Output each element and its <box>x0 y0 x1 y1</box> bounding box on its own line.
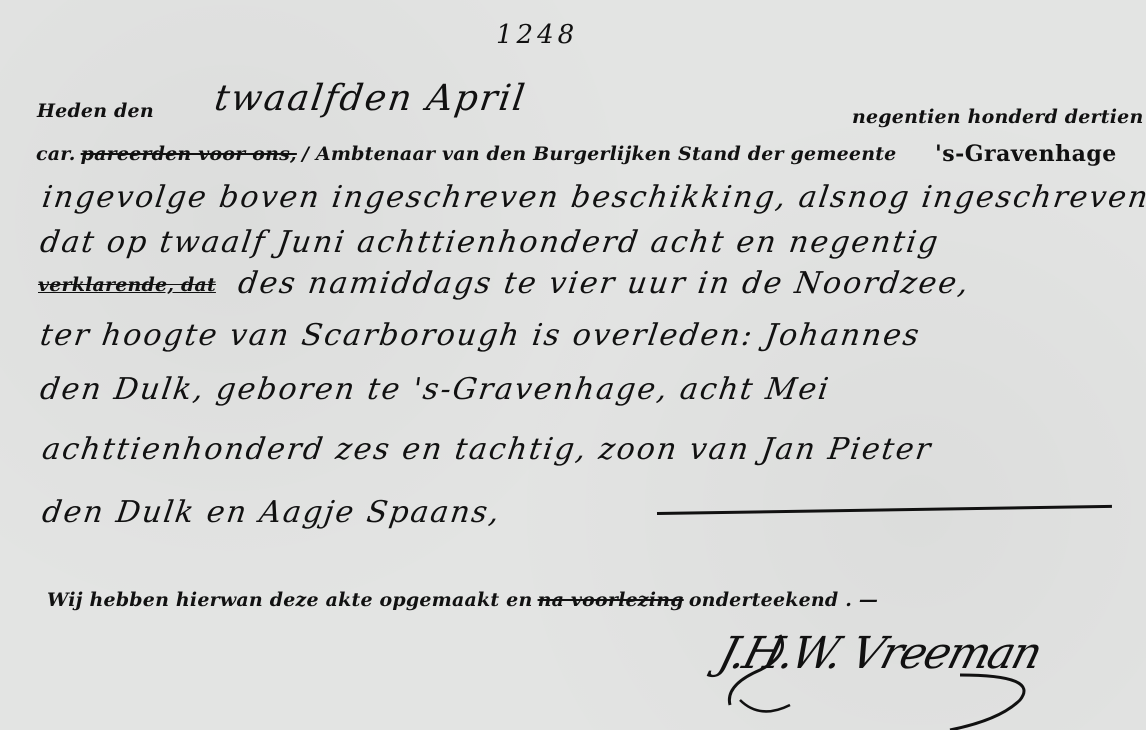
line-5: verklarende, dat <box>38 274 216 296</box>
line-4: dat op twaalf Juni achttienhonderd acht … <box>38 225 942 260</box>
printed-text: / Ambtenaar van den Burgerlijken Stand d… <box>302 143 897 165</box>
line-2: car. pareerden voor ons, / Ambtenaar van… <box>36 143 896 165</box>
struck-text: na voorlezing <box>538 589 684 611</box>
line-1: Heden den <box>37 100 154 122</box>
printed-text: car. <box>36 143 76 165</box>
line-10: Wij hebben hierwan deze akte opgemaakt e… <box>47 589 878 611</box>
page-number: 1248 <box>496 20 578 50</box>
line-5-handwritten: des namiddags te vier uur in de Noordzee… <box>236 266 972 301</box>
line-6: ter hoogte van Scarborough is overleden:… <box>38 318 923 353</box>
document-page: 1248 Heden den twaalfden April negentien… <box>0 0 1146 730</box>
printed-year: negentien honderd dertien <box>852 106 1143 128</box>
struck-text: pareerden voor ons, <box>81 143 297 165</box>
printed-text: Heden den <box>37 100 154 122</box>
printed-text: onderteekend . — <box>689 589 878 611</box>
handwritten-date: twaalfden April <box>212 78 529 119</box>
line-3: ingevolge boven ingeschreven beschikking… <box>40 180 1146 215</box>
municipality-name: 's-Gravenhage <box>935 141 1117 167</box>
filler-line <box>657 505 1112 515</box>
line-7: den Dulk, geboren te 's-Gravenhage, acht… <box>38 372 832 407</box>
official-signature: J.H.W. Vreeman <box>713 628 1046 679</box>
struck-text: verklarende, dat <box>38 274 216 296</box>
printed-text: Wij hebben hierwan deze akte opgemaakt e… <box>47 589 532 611</box>
line-9: den Dulk en Aagje Spaans, <box>40 495 503 530</box>
line-8: achttienhonderd zes en tachtig, zoon van… <box>40 432 934 467</box>
